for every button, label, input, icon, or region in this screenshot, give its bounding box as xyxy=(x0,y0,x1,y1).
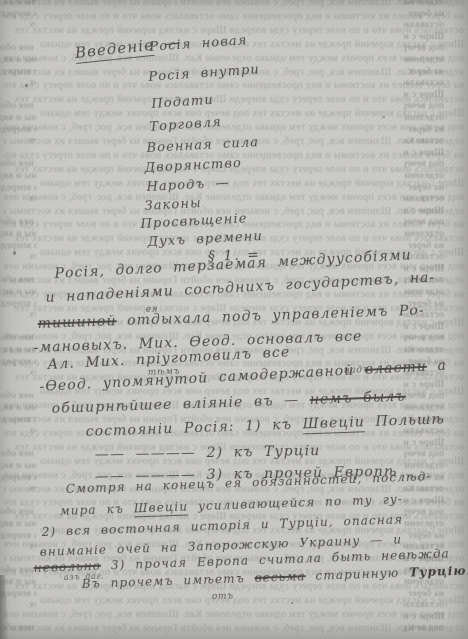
handwriting-layer: Введеніе — Росія новаяРосія внутриПодати… xyxy=(0,0,468,639)
handwritten-text-segment: обширнѣйшее вліяніе въ — xyxy=(51,392,310,417)
handwritten-text-segment: Турцію. xyxy=(409,563,468,579)
handwritten-text-segment: усиливающейся по ту гу- xyxy=(188,492,403,513)
list-item-3: Подати xyxy=(151,93,214,112)
handwritten-text-segment: Въ прочемъ имѣетъ xyxy=(82,571,255,591)
handwritten-text-segment: отдыхала подъ управленіемъ Ро- xyxy=(116,302,425,329)
list-item-5: Военная сила xyxy=(146,135,259,156)
para-line-9: —— ———— 2) къ Турціи xyxy=(95,443,321,463)
handwritten-text-segment: Швеціи xyxy=(134,500,189,518)
ink-speck xyxy=(291,602,293,604)
handwritten-text-segment: Подати xyxy=(151,93,214,112)
handwritten-text-segment: тишиной xyxy=(37,313,116,332)
handwritten-text-segment: отъ xyxy=(212,592,234,602)
para-line-3: тишиной отдыхала подъ управленіемъ Ро- xyxy=(37,302,425,332)
handwritten-text-segment: Польшѣ xyxy=(365,411,445,430)
handwritten-text-segment: Торговля xyxy=(149,115,222,135)
list-item-7: Народъ — xyxy=(146,176,230,195)
para-line-7: обширнѣйшее вліяніе въ — немъ былъ xyxy=(51,389,406,417)
handwritten-text-segment: Законы xyxy=(144,196,202,214)
interline-insert-4: отъ xyxy=(212,592,234,602)
handwritten-text-segment: Военная сила xyxy=(146,135,259,156)
handwritten-text-segment: а xyxy=(427,358,448,375)
handwritten-text-segment: немъ былъ xyxy=(310,389,406,408)
list-item-6: Дворянство xyxy=(144,156,242,176)
ink-speck xyxy=(25,84,28,87)
list-item-4: Торговля xyxy=(149,115,222,135)
handwritten-text-segment: Росія внутри xyxy=(148,62,260,85)
handwritten-text-segment: Дворянство xyxy=(144,156,242,176)
section-1-mark: § 1. = xyxy=(208,247,262,265)
handwritten-text-segment: власти xyxy=(364,359,427,378)
list-item-2: Росія внутри xyxy=(148,62,260,85)
list-item-9: Просвѣщеніе xyxy=(140,211,248,232)
list-item-8: Законы xyxy=(144,196,202,214)
handwritten-text-segment: Народъ — xyxy=(146,176,230,195)
handwritten-text-segment: Просвѣщеніе xyxy=(140,211,248,232)
ink-speck xyxy=(13,251,16,255)
handwritten-text-segment: Швеціи xyxy=(302,414,365,434)
handwritten-text-segment: весьма xyxy=(254,569,306,585)
handwritten-text-segment: Введеніе xyxy=(74,36,155,64)
handwritten-text-segment: —— ———— 2) къ Турціи xyxy=(95,443,321,463)
handwritten-text-segment: старинную xyxy=(305,566,409,584)
handwritten-text-segment: мира къ xyxy=(60,501,135,518)
ink-speck xyxy=(383,116,385,118)
manuscript-scan-page: отделение Кап. Шлиппен вся, рог, греб, с… xyxy=(0,0,468,639)
para-line-8: состояніи Росія: 1) къ Швеціи Польшѣ xyxy=(85,411,445,440)
handwritten-text-segment: состояніи Росія: 1) къ xyxy=(85,416,303,440)
